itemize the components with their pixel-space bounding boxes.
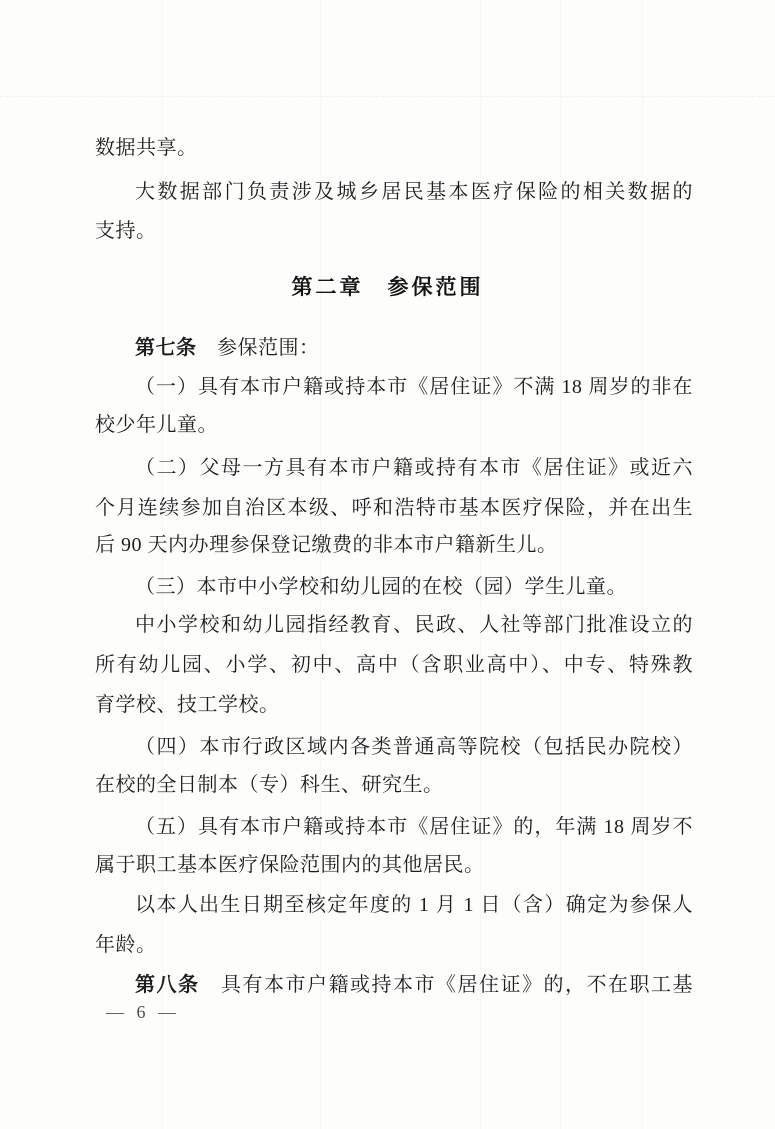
line-text: 以本人出生日期至核定年度的 1 月 1 日（含）确定为参保人 [135, 894, 693, 916]
line-text: 后 90 天内办理参保登记缴费的非本市户籍新生儿。 [95, 534, 558, 556]
text-line: 年龄。 [95, 930, 693, 960]
line-text: 个月连续参加自治区本级、呼和浩特市基本医疗保险，并在出生 [95, 497, 693, 519]
line-text: （一）具有本市户籍或持本市《居住证》不满 18 周岁的非在 [135, 376, 693, 398]
text-line: 校少年儿童。 [95, 410, 693, 440]
line-text: （二）父母一方具有本市户籍或持有本市《居住证》或近六 [135, 457, 693, 479]
line-text: 数据共享。 [95, 137, 198, 159]
chapter-heading: 第二章 参保范围 [0, 273, 775, 303]
document-page: 数据共享。 大数据部门负责涉及城乡居民基本医疗保险的相关数据的 支持。 第二章 … [0, 0, 775, 1129]
text-line: 以本人出生日期至核定年度的 1 月 1 日（含）确定为参保人 [95, 890, 693, 920]
line-text: 在校的全日制本（专）科生、研究生。 [95, 774, 444, 796]
text-line: 支持。 [95, 216, 693, 246]
page-number: — 6 — [106, 1000, 180, 1024]
text-line: 后 90 天内办理参保登记缴费的非本市户籍新生儿。 [95, 530, 693, 560]
line-text: 具有本市户籍或持本市《居住证》的，不在职工基 [200, 974, 694, 996]
text-line: 属于职工基本医疗保险范围内的其他居民。 [95, 850, 693, 880]
scan-artifact-dash [0, 96, 775, 97]
text-line: 中小学校和幼儿园指经教育、民政、人社等部门批准设立的 [95, 610, 693, 640]
text-line: （二）父母一方具有本市户籍或持有本市《居住证》或近六 [95, 453, 693, 483]
line-text: 所有幼儿园、小学、初中、高中（含职业高中）、中专、特殊教 [95, 654, 693, 676]
line-text: 大数据部门负责涉及城乡居民基本医疗保险的相关数据的 [135, 181, 693, 203]
text-line: （三）本市中小学校和幼儿园的在校（园）学生儿童。 [95, 572, 693, 602]
text-line: 大数据部门负责涉及城乡居民基本医疗保险的相关数据的 [95, 177, 693, 207]
text-line: 在校的全日制本（专）科生、研究生。 [95, 770, 693, 800]
line-text: 参保范围： [197, 337, 320, 359]
line-text: （五）具有本市户籍或持本市《居住证》的，年满 18 周岁不 [135, 816, 693, 838]
line-text: 属于职工基本医疗保险范围内的其他居民。 [95, 854, 485, 876]
text-line: 育学校、技工学校。 [95, 690, 693, 720]
line-text: 中小学校和幼儿园指经教育、民政、人社等部门批准设立的 [135, 614, 693, 636]
text-line: （五）具有本市户籍或持本市《居住证》的，年满 18 周岁不 [95, 812, 693, 842]
text-line: 所有幼儿园、小学、初中、高中（含职业高中）、中专、特殊教 [95, 650, 693, 680]
line-text: （四）本市行政区域内各类普通高等院校（包括民办院校） [135, 736, 693, 758]
text-line: 数据共享。 [95, 133, 693, 163]
text-line: 第七条 参保范围： [95, 333, 693, 363]
text-line: （四）本市行政区域内各类普通高等院校（包括民办院校） [95, 732, 693, 762]
text-line: （一）具有本市户籍或持本市《居住证》不满 18 周岁的非在 [95, 372, 693, 402]
line-text: 年龄。 [95, 934, 157, 956]
line-text: 育学校、技工学校。 [95, 694, 280, 716]
text-line: 第八条 具有本市户籍或持本市《居住证》的，不在职工基 [95, 970, 693, 1000]
text-line: 个月连续参加自治区本级、呼和浩特市基本医疗保险，并在出生 [95, 493, 693, 523]
bold-term: 第八条 [135, 974, 200, 996]
line-text: 支持。 [95, 220, 157, 242]
line-text: 校少年儿童。 [95, 414, 218, 436]
bold-term: 第七条 [135, 337, 197, 359]
line-text: （三）本市中小学校和幼儿园的在校（园）学生儿童。 [135, 576, 627, 598]
